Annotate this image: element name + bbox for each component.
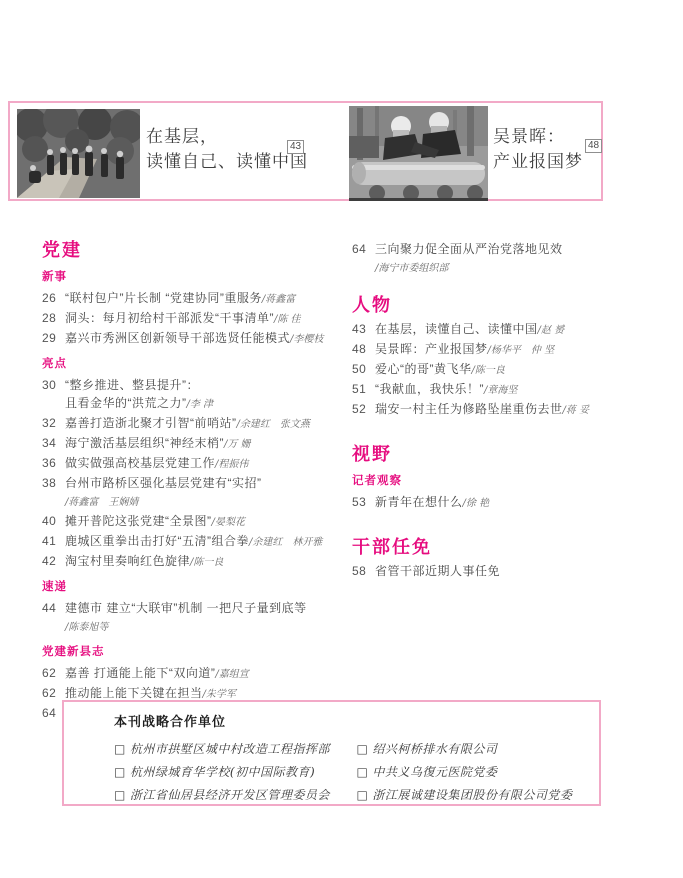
- section-heading: 人物: [352, 293, 652, 317]
- partner-name: 杭州市拱墅区城中村改造工程指挥部: [130, 742, 330, 756]
- item-author: /蒋鑫富 王娴婧: [65, 497, 138, 508]
- toc-item-line: 36做实做强高校基层党建工作/程振伟: [42, 454, 342, 474]
- item-title: 嘉善 打通能上能下“双向道”: [65, 666, 215, 680]
- item-author: /陈一良: [190, 557, 223, 568]
- item-title: 爱心“的哥”黄飞华: [375, 362, 472, 376]
- item-page-number: 40: [42, 512, 65, 530]
- toc-item-line: 42淘宝村里奏响红色旋律/陈一良: [42, 552, 342, 572]
- item-page-number: 48: [352, 340, 375, 358]
- toc-item: 30“整乡推进、整县提升”：且看金华的“洪荒之力”/李 津: [42, 376, 342, 414]
- item-page-number: 42: [42, 552, 65, 570]
- feature-title-2-line1: 吴景晖：: [493, 124, 583, 149]
- toc-item: 40摊开普陀这张党建“全景图”/晏梨花: [42, 512, 342, 532]
- partner-name: 浙江展诚建设集团股份有限公司党委: [372, 788, 572, 802]
- partner-name: 绍兴柯桥排水有限公司: [372, 742, 497, 756]
- partners-title: 本刊战略合作单位: [114, 711, 599, 730]
- section-heading: 视野: [352, 442, 652, 466]
- item-title: 做实做强高校基层党建工作: [65, 456, 215, 470]
- feature-title-1-line1: 在基层，: [146, 124, 308, 149]
- feature-title-2-line2: 产业报国梦: [493, 149, 583, 174]
- item-title: “我献血，我快乐！”: [375, 382, 484, 396]
- partner-name: 浙江省仙居县经济开发区管理委员会: [130, 788, 330, 802]
- toc-item-line: 50爱心“的哥”黄飞华/陈一良: [352, 360, 652, 380]
- toc-item-line: 34海宁激活基层组织“神经末梢”/万 姗: [42, 434, 342, 454]
- item-page-number: 62: [42, 664, 65, 682]
- right-section: 干部任免58省管干部近期人事任免: [352, 535, 652, 580]
- toc-item: 28洞头：每月初给村干部派发“干事清单”/陈 佳: [42, 309, 342, 329]
- item-title: 在基层，读懂自己、读懂中国: [375, 322, 538, 336]
- item-title: 鹿城区重拳出击打好“五清”组合拳: [65, 534, 249, 548]
- item-author: /余建红 林开雅: [249, 537, 322, 548]
- item-page-number: 28: [42, 309, 65, 327]
- toc-item-line: 28洞头：每月初给村干部派发“干事清单”/陈 佳: [42, 309, 342, 329]
- toc-item-line: 43在基层，读懂自己、读懂中国/赵 赟: [352, 320, 652, 340]
- toc-item: 29嘉兴市秀洲区创新领导干部选贤任能模式/李樱枝: [42, 329, 342, 349]
- item-page-number: 53: [352, 493, 375, 511]
- toc-item-line: 且看金华的“洪荒之力”/李 津: [42, 394, 342, 414]
- checkbox-icon: □: [114, 742, 126, 756]
- item-title: 摊开普陀这张党建“全景图”: [65, 514, 212, 528]
- group-label: 速递: [42, 579, 342, 595]
- item-page-number: 43: [352, 320, 375, 338]
- feature-title-1-line2: 读懂自己、读懂中国: [146, 149, 308, 174]
- item-title: 嘉善打造浙北聚才引智“前哨站”: [65, 416, 237, 430]
- toc-item: 26“联村包户”片长制 “党建协同”重服务/蒋鑫富: [42, 289, 342, 309]
- toc-item: 58省管干部近期人事任免: [352, 562, 652, 580]
- group-label: 党建新县志: [42, 644, 342, 660]
- item-author: /晏梨花: [212, 517, 245, 528]
- item-author: /章海坚: [484, 385, 517, 396]
- feature-1-page-number: 43: [287, 140, 304, 154]
- item-title: 瑞安一村主任为修路坠崖重伤去世: [375, 402, 563, 416]
- toc-item-line: 41鹿城区重拳出击打好“五清”组合拳/余建红 林开雅: [42, 532, 342, 552]
- featured-stories-band: 在基层， 读懂自己、读懂中国 43: [8, 101, 603, 201]
- item-page-number: 51: [352, 380, 375, 398]
- partner-name: 杭州绿城育华学校(初中国际教育): [130, 765, 315, 779]
- toc-item: 52瑞安一村主任为修路坠崖重伤去世/蒋 妥: [352, 400, 652, 420]
- toc-item: 48吴景晖：产业报国梦/杨华平 仲 坚: [352, 340, 652, 360]
- checkbox-icon: □: [114, 788, 126, 802]
- item-title: 嘉兴市秀洲区创新领导干部选贤任能模式: [65, 331, 290, 345]
- item-author: /蒋鑫富: [262, 294, 295, 305]
- left-groups: 新事26“联村包户”片长制 “党建协同”重服务/蒋鑫富28洞头：每月初给村干部派…: [42, 269, 342, 724]
- group-label: 记者观察: [352, 473, 652, 489]
- item-author: /余建红 张文燕: [237, 419, 310, 430]
- toc-item-line: /陈泰旭等: [42, 617, 342, 637]
- item-author: /朱学军: [203, 689, 236, 700]
- item-title: 推动能上能下关键在担当: [65, 686, 203, 700]
- toc-item-line: 44建德市 建立“大联审”机制 一把尺子量到底等: [42, 599, 342, 617]
- section-heading: 干部任免: [352, 535, 652, 559]
- item-page-number: 44: [42, 599, 65, 617]
- item-title: 洞头：每月初给村干部派发“干事清单”: [65, 311, 274, 325]
- toc-item-line: 58省管干部近期人事任免: [352, 562, 652, 580]
- toc-item: 43在基层，读懂自己、读懂中国/赵 赟: [352, 320, 652, 340]
- toc-item-line: 48吴景晖：产业报国梦/杨华平 仲 坚: [352, 340, 652, 360]
- item-author: /徐 艳: [463, 498, 490, 509]
- toc-item: 32嘉善打造浙北聚才引智“前哨站”/余建红 张文燕: [42, 414, 342, 434]
- feature-title-2: 吴景晖： 产业报国梦: [493, 124, 583, 174]
- toc-item: 64三向聚力促全面从严治党落地见效/海宁市委组织部: [352, 240, 652, 278]
- toc-item-line: 26“联村包户”片长制 “党建协同”重服务/蒋鑫富: [42, 289, 342, 309]
- partners-columns: □杭州市拱墅区城中村改造工程指挥部□杭州绿城育华学校(初中国际教育)□浙江省仙居…: [114, 738, 599, 807]
- toc-item-line: 64三向聚力促全面从严治党落地见效: [352, 240, 652, 258]
- toc-item-line: 62嘉善 打通能上能下“双向道”/嘉组宣: [42, 664, 342, 684]
- item-title: 淘宝村里奏响红色旋律: [65, 554, 190, 568]
- item-author: /海宁市委组织部: [375, 263, 448, 274]
- right-section: 人物43在基层，读懂自己、读懂中国/赵 赟48吴景晖：产业报国梦/杨华平 仲 坚…: [352, 293, 652, 420]
- partner-item: □浙江省仙居县经济开发区管理委员会: [114, 784, 357, 807]
- partner-item: □杭州市拱墅区城中村改造工程指挥部: [114, 738, 357, 761]
- checkbox-icon: □: [357, 765, 369, 779]
- toc-item-line: /蒋鑫富 王娴婧: [42, 492, 342, 512]
- toc-item: 38台州市路桥区强化基层党建有“实招”/蒋鑫富 王娴婧: [42, 474, 342, 512]
- feature-2-page-number: 48: [585, 139, 602, 153]
- partners-box: 本刊战略合作单位 □杭州市拱墅区城中村改造工程指挥部□杭州绿城育华学校(初中国际…: [62, 700, 601, 806]
- group-label: 亮点: [42, 356, 342, 372]
- item-title: 新青年在想什么: [375, 495, 463, 509]
- item-title: 吴景晖：产业报国梦: [375, 342, 488, 356]
- item-author: /杨华平 仲 坚: [488, 345, 555, 356]
- item-author: /万 姗: [224, 439, 251, 450]
- toc-item-line: 40摊开普陀这张党建“全景图”/晏梨花: [42, 512, 342, 532]
- toc-item-line: 29嘉兴市秀洲区创新领导干部选贤任能模式/李樱枝: [42, 329, 342, 349]
- item-author: /陈 佳: [274, 314, 301, 325]
- item-page-number: 29: [42, 329, 65, 347]
- partners-right-column: □绍兴柯桥排水有限公司□中共义乌復元医院党委□浙江展诚建设集团股份有限公司党委: [357, 738, 600, 807]
- item-page-number: 64: [352, 240, 375, 258]
- right-sections: 人物43在基层，读懂自己、读懂中国/赵 赟48吴景晖：产业报国梦/杨华平 仲 坚…: [352, 293, 652, 580]
- item-author: /陈泰旭等: [65, 622, 108, 633]
- item-page-number: 36: [42, 454, 65, 472]
- toc-item: 62嘉善 打通能上能下“双向道”/嘉组宣: [42, 664, 342, 684]
- item-page-number: 50: [352, 360, 375, 378]
- item-author: /程振伟: [215, 459, 248, 470]
- toc-item-line: 32嘉善打造浙北聚才引智“前哨站”/余建红 张文燕: [42, 414, 342, 434]
- toc-item-line: 53新青年在想什么/徐 艳: [352, 493, 652, 513]
- toc-item: 36做实做强高校基层党建工作/程振伟: [42, 454, 342, 474]
- item-title: 台州市路桥区强化基层党建有“实招”: [65, 476, 262, 490]
- feature-title-1: 在基层， 读懂自己、读懂中国: [146, 124, 308, 174]
- item-page-number: 38: [42, 474, 65, 492]
- workers-pipe-photo: [349, 106, 488, 201]
- item-title: “整乡推进、整县提升”：: [65, 378, 199, 392]
- partner-item: □浙江展诚建设集团股份有限公司党委: [357, 784, 600, 807]
- partners-left-column: □杭州市拱墅区城中村改造工程指挥部□杭州绿城育华学校(初中国际教育)□浙江省仙居…: [114, 738, 357, 807]
- item-title: “联村包户”片长制 “党建协同”重服务: [65, 291, 262, 305]
- toc-item-line: 51“我献血，我快乐！”/章海坚: [352, 380, 652, 400]
- partner-item: □绍兴柯桥排水有限公司: [357, 738, 600, 761]
- checkbox-icon: □: [357, 742, 369, 756]
- left-column: 党建 新事26“联村包户”片长制 “党建协同”重服务/蒋鑫富28洞头：每月初给村…: [42, 238, 342, 724]
- toc-item: 53新青年在想什么/徐 艳: [352, 493, 652, 513]
- toc-item: 44建德市 建立“大联审”机制 一把尺子量到底等/陈泰旭等: [42, 599, 342, 637]
- item-author: /嘉组宣: [215, 669, 248, 680]
- partner-item: □中共义乌復元医院党委: [357, 761, 600, 784]
- toc-item: 50爱心“的哥”黄飞华/陈一良: [352, 360, 652, 380]
- item-page-number: 32: [42, 414, 65, 432]
- item-title: 建德市 建立“大联审”机制 一把尺子量到底等: [65, 601, 307, 615]
- right-top-items: 64三向聚力促全面从严治党落地见效/海宁市委组织部: [352, 240, 652, 278]
- toc-item-line: 52瑞安一村主任为修路坠崖重伤去世/蒋 妥: [352, 400, 652, 420]
- hillside-group-photo: [17, 109, 140, 198]
- section-heading-dangjian: 党建: [42, 238, 342, 262]
- group-label: 新事: [42, 269, 342, 285]
- item-author: /蒋 妥: [563, 405, 590, 416]
- right-section: 视野记者观察53新青年在想什么/徐 艳: [352, 442, 652, 513]
- item-page-number: 41: [42, 532, 65, 550]
- toc-item: 51“我献血，我快乐！”/章海坚: [352, 380, 652, 400]
- item-title: 海宁激活基层组织“神经末梢”: [65, 436, 224, 450]
- right-column: 64三向聚力促全面从严治党落地见效/海宁市委组织部 人物43在基层，读懂自己、读…: [352, 238, 652, 580]
- item-author: /赵 赟: [538, 325, 565, 336]
- toc-item: 34海宁激活基层组织“神经末梢”/万 姗: [42, 434, 342, 454]
- item-page-number: 52: [352, 400, 375, 418]
- toc-item: 41鹿城区重拳出击打好“五清”组合拳/余建红 林开雅: [42, 532, 342, 552]
- item-author: /陈一良: [472, 365, 505, 376]
- item-page-number: 26: [42, 289, 65, 307]
- partner-name: 中共义乌復元医院党委: [372, 765, 497, 779]
- item-title: 且看金华的“洪荒之力”: [65, 396, 187, 410]
- item-page-number: 58: [352, 562, 375, 580]
- item-page-number: 30: [42, 376, 65, 394]
- toc-item: 42淘宝村里奏响红色旋律/陈一良: [42, 552, 342, 572]
- checkbox-icon: □: [114, 765, 126, 779]
- checkbox-icon: □: [357, 788, 369, 802]
- item-title: 三向聚力促全面从严治党落地见效: [375, 242, 563, 256]
- toc-item-line: /海宁市委组织部: [352, 258, 652, 278]
- toc-item-line: 30“整乡推进、整县提升”：: [42, 376, 342, 394]
- item-author: /李樱枝: [290, 334, 323, 345]
- partner-item: □杭州绿城育华学校(初中国际教育): [114, 761, 357, 784]
- item-page-number: 34: [42, 434, 65, 452]
- item-title: 省管干部近期人事任免: [375, 564, 500, 578]
- item-author: /李 津: [187, 399, 214, 410]
- toc-item-line: 38台州市路桥区强化基层党建有“实招”: [42, 474, 342, 492]
